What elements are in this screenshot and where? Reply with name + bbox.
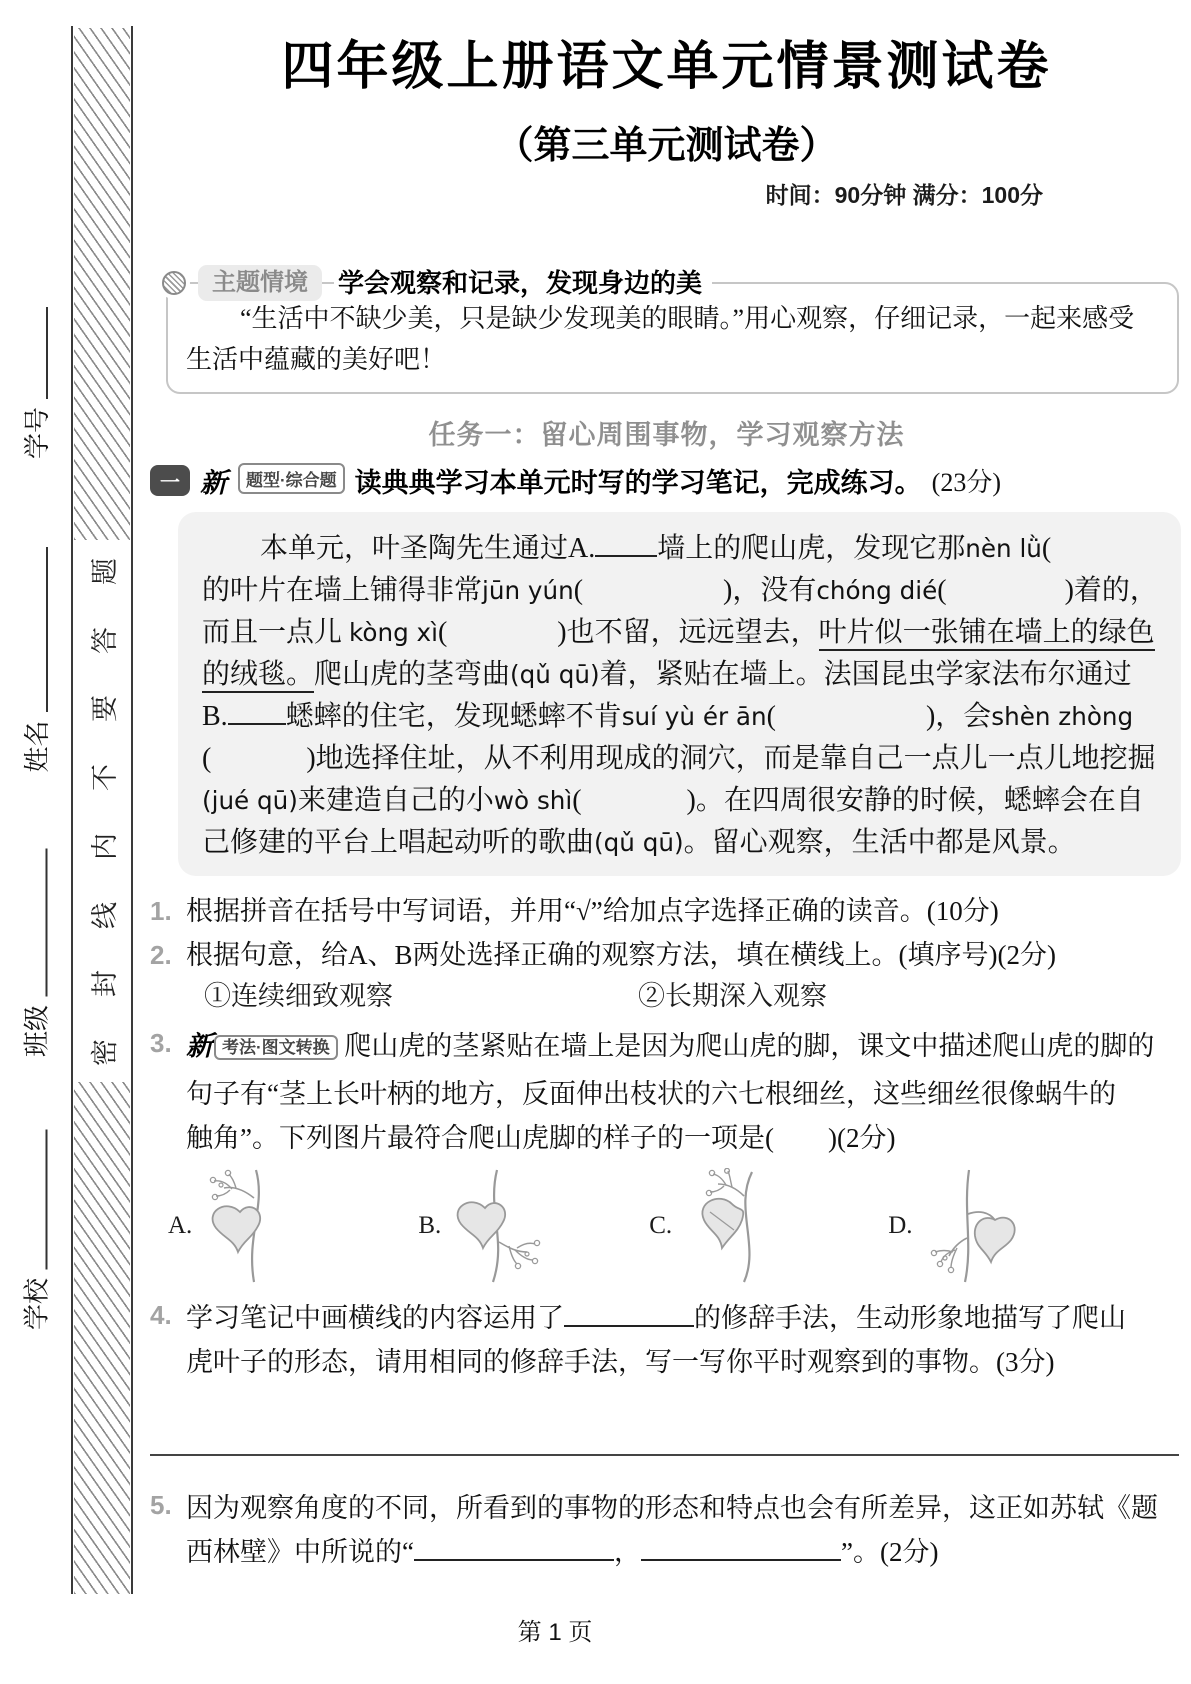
section-prompt: 读典典学习本单元时写的学习笔记，完成练习。	[355, 461, 922, 500]
time-score-meta: 时间：90分钟 满分：100分	[150, 180, 1183, 210]
seal-text-band: 题答要不内线封密	[74, 552, 130, 1072]
choice-a-label: A.	[168, 1212, 192, 1240]
seal-text-char: 封	[83, 970, 122, 997]
note-line: 的叶片在墙上铺得非常jūn yún()，没有chóng dié()着的，	[202, 570, 1157, 612]
theme-heading: 学会观察和记录，发现身边的美	[334, 265, 712, 301]
question-4-text: 学习笔记中画横线的内容运用了的修辞手法，生动形象地描写了爬山	[186, 1296, 1183, 1340]
class-field: 班级	[20, 841, 50, 1066]
school-field: 学校	[20, 1118, 50, 1343]
theme-context-box: 主题情境 学会观察和记录，发现身边的美 “生活中不缺少美，只是缺少发现美的眼睛。…	[166, 282, 1179, 394]
question-2-text: 根据句意，给A、B两处选择正确的观察方法，填在横线上。(填序号)(2分)	[186, 936, 1183, 974]
question-3-number: 3.	[150, 1024, 186, 1062]
seal-line-left-rule	[71, 26, 73, 1594]
seal-text-char: 密	[83, 1039, 122, 1066]
seal-line-right-rule	[131, 26, 133, 1594]
question-2: 2. 根据句意，给A、B两处选择正确的观察方法，填在横线上。(填序号)(2分) …	[150, 936, 1183, 1016]
seal-text-char: 不	[83, 764, 122, 791]
note-line: ()地选择住址，从不利用现成的洞穴，而是靠自己一点儿一点儿地挖掘	[202, 738, 1157, 780]
section-number-badge: 一	[150, 465, 190, 496]
seal-text-char: 线	[83, 902, 122, 929]
question-2-options: ①连续细致观察②长期深入观察	[186, 976, 1183, 1016]
hatched-circle-icon	[162, 271, 186, 295]
question-3: 3. 新考法·图文转换 爬山虎的茎紧贴在墙上是因为爬山虎的脚，课文中描述爬山虎的…	[150, 1024, 1183, 1160]
question-4-number: 4.	[150, 1296, 186, 1334]
seal-text-char: 要	[83, 695, 122, 722]
vine-foot-image-b	[445, 1168, 549, 1284]
note-line: 的绒毯。爬山虎的茎弯曲(qǔ qū)着，紧贴在墙上。法国昆虫学家法布尔通过	[202, 654, 1157, 696]
new-question-type-tag-bold: 新	[200, 461, 228, 500]
school-blank	[22, 1130, 47, 1270]
paper-title: 四年级上册语文单元情景测试卷	[150, 36, 1183, 98]
seal-text-char: 答	[83, 627, 122, 654]
question-3-text: 新考法·图文转换 爬山虎的茎紧贴在墙上是因为爬山虎的脚，课文中描述爬山虎的脚的	[186, 1024, 1183, 1072]
question-5-text: 西林壁》中所说的“，”。(2分)	[186, 1530, 1183, 1574]
vine-foot-image-c	[676, 1168, 780, 1284]
theme-body-line: “生活中不缺少美，只是缺少发现美的眼睛。”用心观察，仔细记录，一起来感受	[186, 298, 1159, 339]
question-2-number: 2.	[150, 936, 186, 974]
question-4: 4. 学习笔记中画横线的内容运用了的修辞手法，生动形象地描写了爬山 虎叶子的形态…	[150, 1296, 1183, 1384]
page-number: 第 1 页	[0, 1612, 1110, 1647]
question-3-text: 触角”。下列图片最符合爬山虎脚的样子的一项是( )(2分)	[186, 1116, 1183, 1160]
question-1-number: 1.	[150, 892, 186, 930]
question-3-image-choices: A. B.	[150, 1166, 1183, 1286]
choice-a: A.	[168, 1168, 300, 1284]
choice-d: D.	[888, 1168, 1020, 1284]
seal-hatch-bottom	[74, 1082, 130, 1594]
seal-text-char: 内	[83, 833, 122, 860]
name-field: 姓名	[20, 535, 50, 785]
question-4-answer-line	[150, 1452, 1179, 1456]
class-label: 班级	[16, 1005, 53, 1057]
school-label: 学校	[16, 1278, 53, 1330]
choice-c-label: C.	[649, 1212, 672, 1240]
student-id-label: 学号	[17, 407, 54, 459]
new-question-type-tag-box: 题型·综合题	[238, 463, 345, 494]
test-paper: 四年级上册语文单元情景测试卷 （第三单元测试卷） 时间：90分钟 满分：100分…	[150, 0, 1183, 1574]
note-line: (jué qū)来建造自己的小wò shì()。在四周很安静的时候，蟋蟀会在自	[202, 780, 1157, 822]
study-note-box: 本单元，叶圣陶先生通过A.墙上的爬山虎，发现它那nèn lǜ() 的叶片在墙上铺…	[178, 512, 1181, 876]
task-one-heading: 任务一：留心周围事物，学习观察方法	[150, 418, 1183, 452]
question-3-text: 句子有“茎上长叶柄的地方，反面伸出枝状的六七根细丝，这些细丝很像蜗牛的	[186, 1072, 1183, 1116]
note-line: 而且一点儿 kòng xì()也不留，远远望去，叶片似一张铺在墙上的绿色	[202, 612, 1157, 654]
seal-text-char: 题	[83, 558, 122, 585]
paper-subtitle: （第三单元测试卷）	[150, 122, 1183, 170]
vine-foot-image-d	[917, 1168, 1021, 1284]
name-label: 姓名	[17, 721, 54, 773]
seal-hatch-top	[74, 28, 130, 540]
question-1: 1. 根据拼音在括号中写词语，并用“√”给加点字选择正确的读音。(10分)	[150, 892, 1183, 930]
note-line: 己修建的平台上唱起动听的歌曲(qǔ qū)。留心观察，生活中都是风景。	[202, 822, 1157, 864]
question-5: 5. 因为观察角度的不同，所看到的事物的形态和特点也会有所差异，这正如苏轼《题 …	[150, 1486, 1183, 1574]
choice-c: C.	[649, 1168, 780, 1284]
choice-d-label: D.	[888, 1212, 912, 1240]
section-one-row: 一 新 题型·综合题 读典典学习本单元时写的学习笔记，完成练习。 (23分)	[150, 460, 1183, 500]
theme-badge: 主题情境	[198, 265, 322, 301]
note-line: 本单元，叶圣陶先生通过A.墙上的爬山虎，发现它那nèn lǜ()	[202, 528, 1157, 570]
question-1-text: 根据拼音在括号中写词语，并用“√”给加点字选择正确的读音。(10分)	[186, 892, 1183, 930]
choice-b: B.	[418, 1168, 549, 1284]
theme-body-line: 生活中蕴藏的美好吧！	[186, 339, 1159, 380]
vine-foot-image-a	[196, 1168, 300, 1284]
name-blank	[22, 548, 47, 713]
class-blank	[22, 849, 47, 997]
student-id-blank	[22, 307, 47, 399]
question-4-text: 虎叶子的形态，请用相同的修辞手法，写一写你平时观察到的事物。(3分)	[186, 1340, 1183, 1384]
choice-b-label: B.	[418, 1212, 441, 1240]
student-id-field: 学号	[20, 303, 50, 463]
section-score: (23分)	[932, 462, 1001, 499]
theme-header: 主题情境 学会观察和记录，发现身边的美	[162, 265, 712, 301]
note-line: B.蟋蟀的住宅，发现蟋蟀不肯suí yù ér ān()，会shèn zhòng	[202, 696, 1157, 738]
question-5-number: 5.	[150, 1486, 186, 1524]
question-5-text: 因为观察角度的不同，所看到的事物的形态和特点也会有所差异，这正如苏轼《题	[186, 1486, 1183, 1530]
